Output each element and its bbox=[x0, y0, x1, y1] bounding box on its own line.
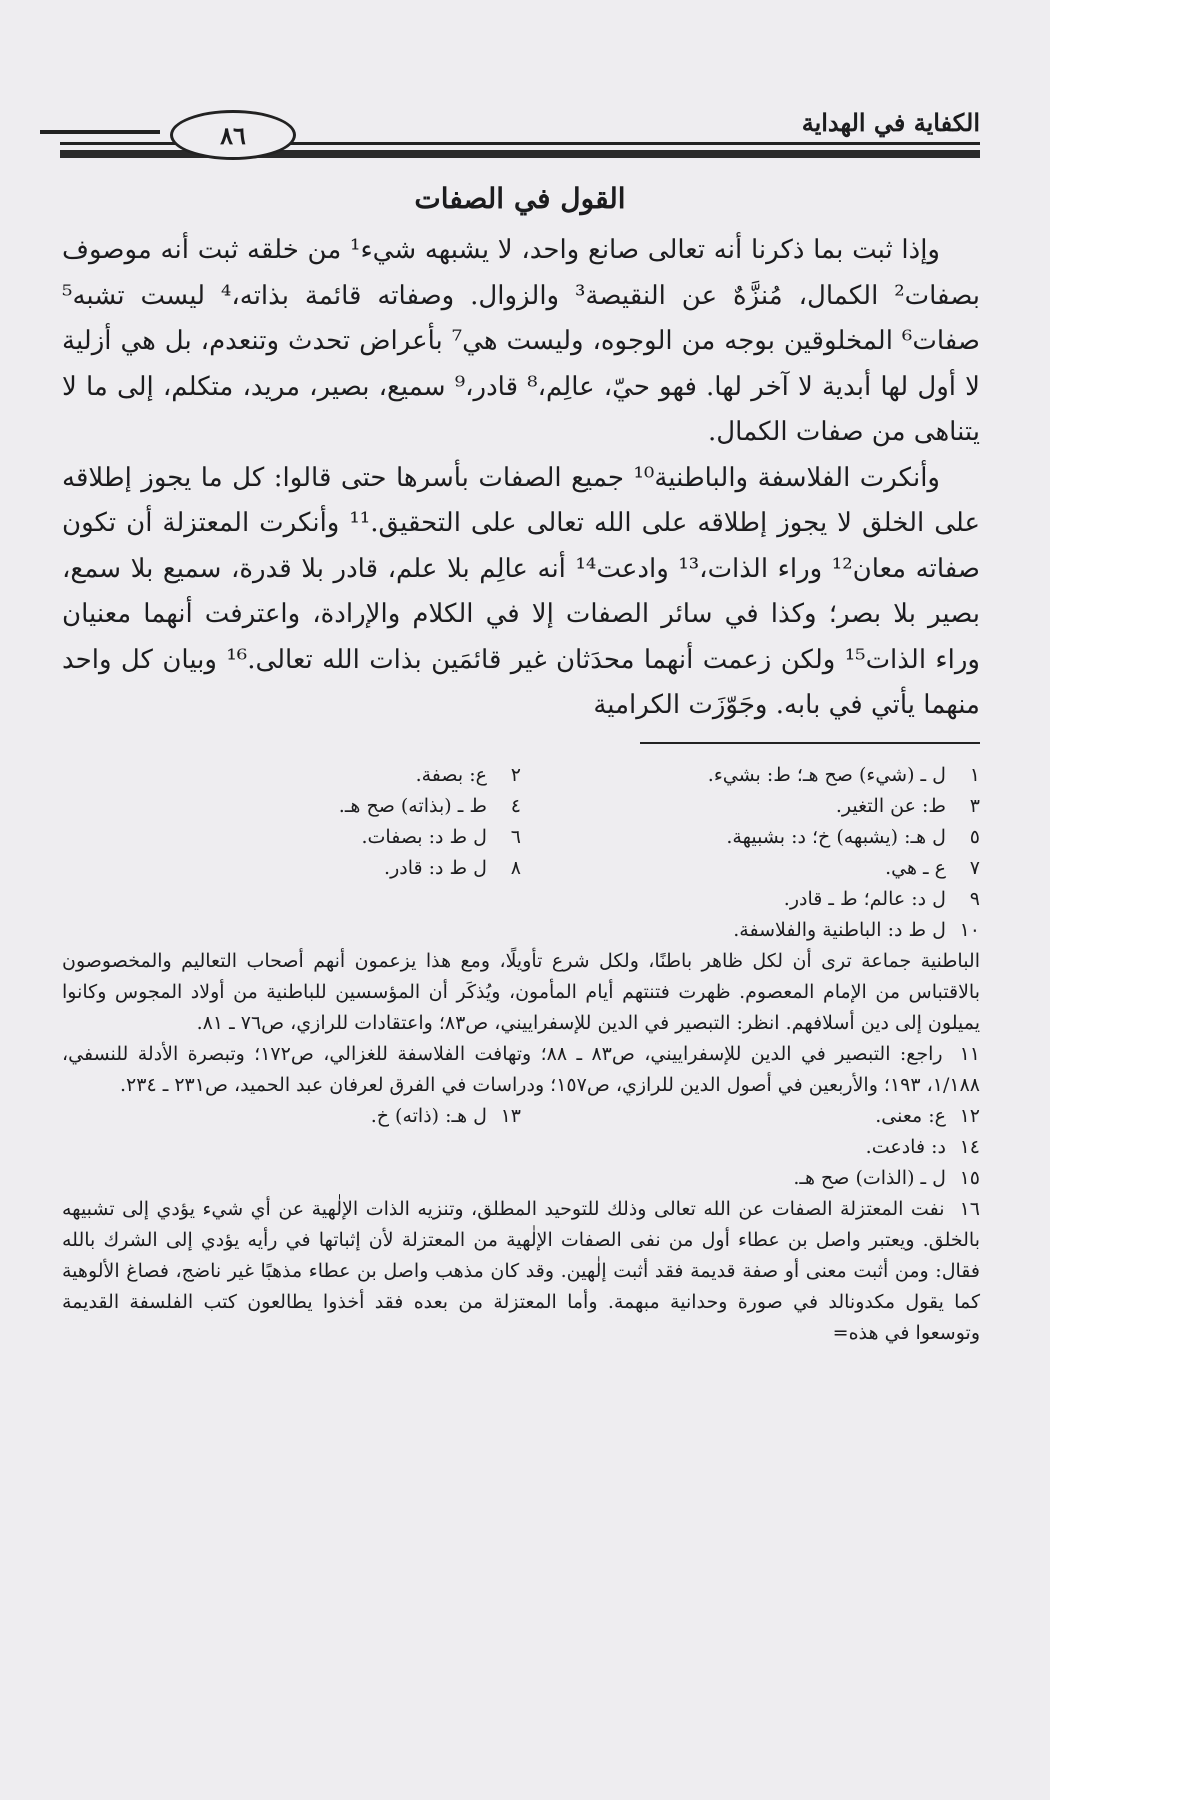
footnote-text: د: فادعت. bbox=[866, 1136, 946, 1158]
footnote-number: ٤ bbox=[493, 791, 521, 822]
footnote-text: ع: معنى. bbox=[875, 1105, 946, 1127]
footnote-number: ١٦ bbox=[952, 1194, 980, 1225]
footnote: ٧ ع ـ هي. bbox=[521, 853, 980, 884]
footnote-number: ١٠ bbox=[952, 915, 980, 946]
footnote: ١٢ ع: معنى. bbox=[521, 1101, 980, 1132]
footnote-row: ١ ل ـ (شيء) صح هـ؛ ط: بشيء. ٢ ع: بصفة. bbox=[62, 760, 980, 791]
footnote-row: ٣ ط: عن التغير. ٤ ط ـ (بذاته) صح هـ. bbox=[62, 791, 980, 822]
footnote-row: ٥ ل هـ: (يشبهه) خ؛ د: بشبيهة. ٦ ل ط د: ب… bbox=[62, 822, 980, 853]
footnote-text: ل ط د: الباطنية والفلاسفة. bbox=[733, 919, 946, 941]
footnote: ١٥ ل ـ (الذات) صح هـ. bbox=[62, 1163, 980, 1194]
footnote-number: ٦ bbox=[493, 822, 521, 853]
footnote: ٥ ل هـ: (يشبهه) خ؛ د: بشبيهة. bbox=[521, 822, 980, 853]
footnote-text: ط: عن التغير. bbox=[836, 795, 946, 817]
header-rule-stub bbox=[40, 130, 160, 134]
footnote-text: ع: بصفة. bbox=[416, 764, 487, 786]
footnote-text: راجع: التبصير في الدين للإسفراييني، ص٨٣ … bbox=[62, 1043, 980, 1096]
footnote-text: ط ـ (بذاته) صح هـ. bbox=[339, 795, 487, 817]
footnote-text: نفت المعتزلة الصفات عن الله تعالى وذلك ل… bbox=[62, 1198, 980, 1344]
footnote: ١٠ ل ط د: الباطنية والفلاسفة. bbox=[62, 915, 980, 946]
footnote-number: ٢ bbox=[493, 760, 521, 791]
main-text: وإذا ثبت بما ذكرنا أنه تعالى صانع واحد، … bbox=[62, 228, 980, 729]
paragraph: وإذا ثبت بما ذكرنا أنه تعالى صانع واحد، … bbox=[62, 228, 980, 456]
footnote: ٩ ل د: عالم؛ ط ـ قادر. bbox=[521, 884, 980, 915]
footnote-number: ٧ bbox=[952, 853, 980, 884]
footnote-text: ل ط د: بصفات. bbox=[362, 826, 487, 848]
footnote-row: ١٢ ع: معنى. ١٣ ل هـ: (ذاته) خ. bbox=[62, 1101, 980, 1132]
footnote-row: ٧ ع ـ هي. ٨ ل ط د: قادر. bbox=[62, 853, 980, 884]
footnote: ٣ ط: عن التغير. bbox=[521, 791, 980, 822]
footnote-number: ٣ bbox=[952, 791, 980, 822]
footnote: ٢ ع: بصفة. bbox=[62, 760, 521, 791]
footnote-row: ٩ ل د: عالم؛ ط ـ قادر. bbox=[62, 884, 980, 915]
footnote-text: ع ـ هي. bbox=[885, 857, 946, 879]
footnote: ١٣ ل هـ: (ذاته) خ. bbox=[62, 1101, 521, 1132]
page-header: الكفاية في الهداية ٨٦ bbox=[60, 100, 980, 160]
running-title: الكفاية في الهداية bbox=[802, 108, 980, 137]
footnote: ١١ راجع: التبصير في الدين للإسفراييني، ص… bbox=[62, 1039, 980, 1101]
footnote-text: ل ط د: قادر. bbox=[384, 857, 487, 879]
footnote: ٨ ل ط د: قادر. bbox=[62, 853, 521, 884]
footnote: ١٦ نفت المعتزلة الصفات عن الله تعالى وذل… bbox=[62, 1194, 980, 1349]
footnote-number: ١٤ bbox=[952, 1132, 980, 1163]
book-page: الكفاية في الهداية ٨٦ القول في الصفات وإ… bbox=[0, 0, 1050, 1800]
footnote: ٦ ل ط د: بصفات. bbox=[62, 822, 521, 853]
footnote-number: ١٣ bbox=[493, 1101, 521, 1132]
footnote-separator bbox=[640, 742, 980, 744]
footnotes: ١ ل ـ (شيء) صح هـ؛ ط: بشيء. ٢ ع: بصفة. ٣… bbox=[62, 760, 980, 1349]
footnote-number: ٩ bbox=[952, 884, 980, 915]
footnote-text: ل د: عالم؛ ط ـ قادر. bbox=[784, 888, 946, 910]
footnote-number: ١١ bbox=[952, 1039, 980, 1070]
footnote-text: ل هـ: (ذاته) خ. bbox=[371, 1105, 487, 1127]
footnote: ١٤ د: فادعت. bbox=[62, 1132, 980, 1163]
paragraph: وأنكرت الفلاسفة والباطنية¹⁰ جميع الصفات … bbox=[62, 456, 980, 729]
footnote-number: ١٥ bbox=[952, 1163, 980, 1194]
footnote-body: الباطنية جماعة ترى أن لكل ظاهر باطنًا، و… bbox=[62, 946, 980, 1039]
footnote-number: ٥ bbox=[952, 822, 980, 853]
footnote: ٤ ط ـ (بذاته) صح هـ. bbox=[62, 791, 521, 822]
footnote-number: ٨ bbox=[493, 853, 521, 884]
footnote-number: ١٢ bbox=[952, 1101, 980, 1132]
footnote-text: ل ـ (الذات) صح هـ. bbox=[793, 1167, 946, 1189]
footnote: ١ ل ـ (شيء) صح هـ؛ ط: بشيء. bbox=[521, 760, 980, 791]
section-title: القول في الصفات bbox=[60, 182, 980, 215]
footnote-text: ل هـ: (يشبهه) خ؛ د: بشبيهة. bbox=[726, 826, 946, 848]
footnote-number: ١ bbox=[952, 760, 980, 791]
page-number: ٨٦ bbox=[170, 110, 296, 160]
footnote-text: ل ـ (شيء) صح هـ؛ ط: بشيء. bbox=[708, 764, 946, 786]
